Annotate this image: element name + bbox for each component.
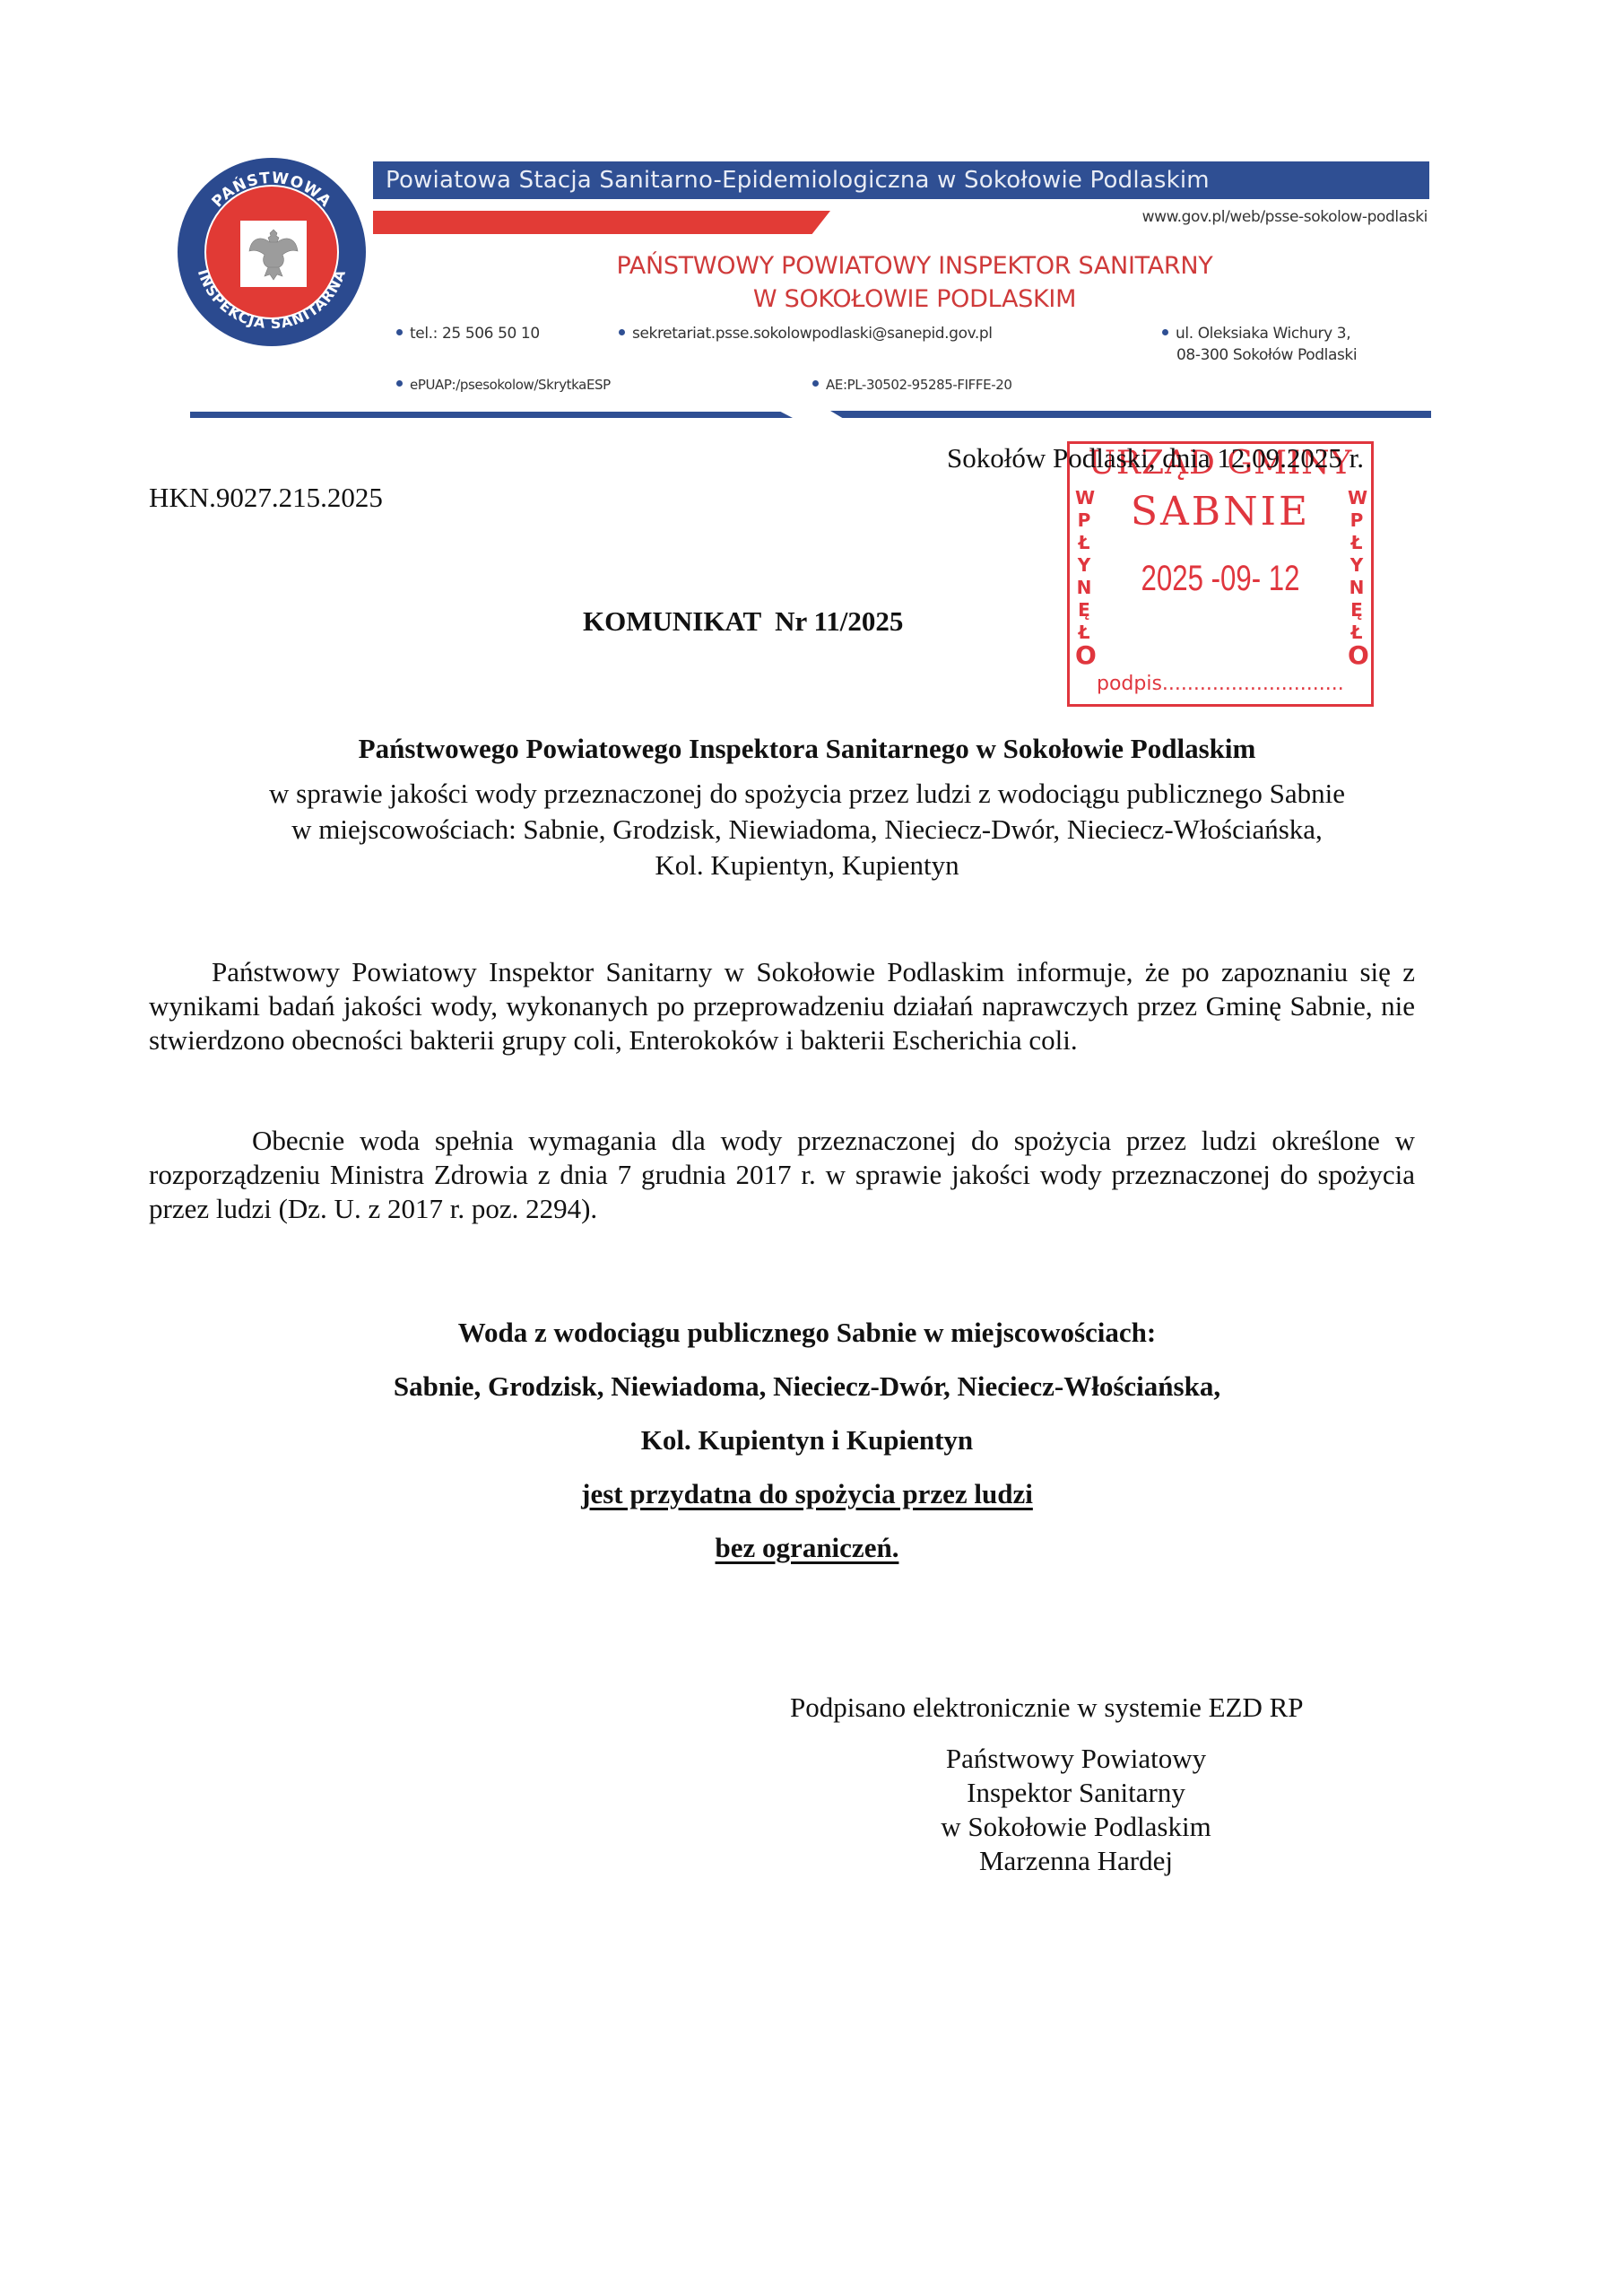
signatory-name: Marzenna Hardej bbox=[861, 1844, 1291, 1878]
received-stamp: URZĄD GMINY SABNIE 2025 -09- 12 WP ŁY NĘ… bbox=[1067, 441, 1374, 707]
bullet-icon bbox=[619, 329, 625, 335]
bullet-icon bbox=[396, 380, 403, 387]
subject-line3: Kol. Kupientyn, Kupientyn bbox=[135, 848, 1480, 883]
stamp-date: 2025 -09- 12 bbox=[1103, 559, 1338, 598]
signatory-title-line1: Państwowy Powiatowy bbox=[861, 1742, 1291, 1776]
conclusion-line2: Sabnie, Grodzisk, Niewiadoma, Nieciecz-D… bbox=[135, 1370, 1480, 1404]
contact-epuap: ePUAP:/psesokolow/SkrytkaESP bbox=[396, 377, 611, 393]
conclusion-line1: Woda z wodociągu publicznego Sabnie w mi… bbox=[135, 1316, 1480, 1350]
signatory-title-line3: w Sokołowie Podlaskim bbox=[861, 1810, 1291, 1844]
inspection-logo: PAŃSTWOWA INSPEKCJA SANITARNA bbox=[178, 158, 366, 346]
bullet-icon bbox=[812, 380, 819, 387]
station-name-banner: Powiatowa Stacja Sanitarno-Epidemiologic… bbox=[373, 161, 1429, 199]
signatory-title-line2: Inspektor Sanitarny bbox=[861, 1776, 1291, 1810]
stamp-municipality: SABNIE bbox=[1070, 489, 1371, 535]
polish-eagle-icon bbox=[240, 221, 307, 287]
stamp-signature-line: podpis............................. bbox=[1097, 673, 1344, 695]
restriction-text: bez ograniczeń. bbox=[716, 1532, 899, 1563]
place-and-date: Sokołów Podlaski, dnia 12.09.2025 r. bbox=[947, 441, 1364, 475]
bullet-icon bbox=[396, 329, 403, 335]
document-title: KOMUNIKAT Nr 11/2025 bbox=[583, 604, 903, 639]
conclusion-line3: Kol. Kupientyn i Kupientyn bbox=[135, 1423, 1480, 1457]
contact-address-line1: ul. Oleksiaka Wichury 3, bbox=[1162, 325, 1350, 343]
electronic-signature-note: Podpisano elektronicznie w systemie EZD … bbox=[790, 1691, 1304, 1725]
contact-ae-address: AE:PL-30502-95285-FIFFE-20 bbox=[812, 377, 1012, 393]
issuer-heading: Państwowego Powiatowego Inspektora Sanit… bbox=[135, 732, 1480, 766]
logo-red-field bbox=[204, 185, 339, 319]
signatory-block: Państwowy Powiatowy Inspektor Sanitarny … bbox=[861, 1742, 1291, 1878]
bullet-icon bbox=[1162, 329, 1168, 335]
header-divider-right bbox=[830, 411, 1431, 418]
body-paragraph-1: Państwowy Powiatowy Inspektor Sanitarny … bbox=[149, 955, 1415, 1057]
subject-line2: w miejscowościach: Sabnie, Grodzisk, Nie… bbox=[135, 813, 1480, 847]
body-paragraph-2: Obecnie woda spełnia wymagania dla wody … bbox=[149, 1124, 1415, 1226]
reference-number: HKN.9027.215.2025 bbox=[149, 481, 383, 515]
website-link[interactable]: www.gov.pl/web/psse-sokolow-podlaski bbox=[1142, 208, 1428, 226]
stamp-side-text-left: WP ŁY NĘ ŁO bbox=[1075, 487, 1093, 666]
verdict-text: jest przydatna do spożycia przez ludzi bbox=[581, 1478, 1033, 1509]
contact-email[interactable]: sekretariat.psse.sokolowpodlaski@sanepid… bbox=[619, 325, 993, 343]
subject-line1: w sprawie jakości wody przeznaczonej do … bbox=[135, 777, 1480, 811]
station-name: Powiatowa Stacja Sanitarno-Epidemiologic… bbox=[373, 161, 1429, 199]
stamp-side-text-right: WP ŁY NĘ ŁO bbox=[1348, 487, 1366, 666]
header-divider-left bbox=[190, 412, 793, 418]
logo-emblem-field bbox=[240, 221, 307, 287]
inspector-title-line1: PAŃSTWOWY POWIATOWY INSPEKTOR SANITARNY bbox=[377, 249, 1453, 283]
conclusion-verdict: jest przydatna do spożycia przez ludzi bbox=[135, 1477, 1480, 1511]
conclusion-restriction: bez ograniczeń. bbox=[135, 1531, 1480, 1565]
inspector-title-line2: W SOKOŁOWIE PODLASKIM bbox=[377, 283, 1453, 316]
contact-address-line2: 08-300 Sokołów Podlaski bbox=[1176, 346, 1357, 364]
contact-phone: tel.: 25 506 50 10 bbox=[396, 325, 540, 343]
red-accent-bar bbox=[373, 211, 830, 234]
